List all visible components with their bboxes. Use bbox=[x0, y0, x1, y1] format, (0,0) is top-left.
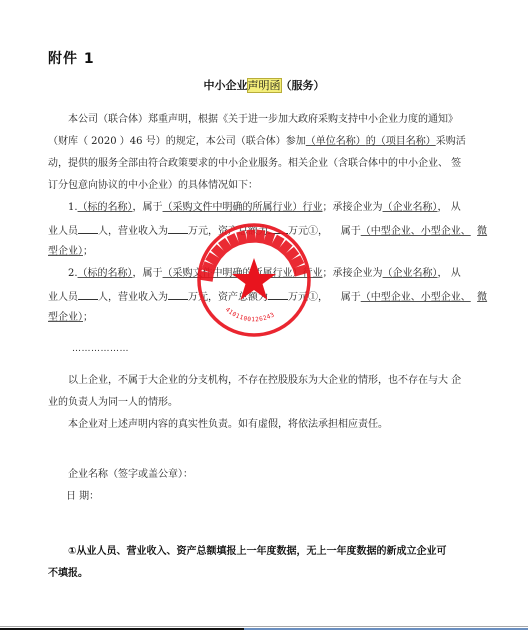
intro-line-2: （财库（ 2020 ）46 号）的规定，本公司（联合体）参加（单位名称）的（项目… bbox=[48, 135, 466, 149]
item-2-assets-blank bbox=[268, 289, 288, 300]
declaration-line-3: 本企业对上述声明内容的真实性负责。如有虚假，将依法承担相应责任。 bbox=[68, 418, 388, 432]
item-1-line-2: 业人员人，营业收入为万元，资产总额为万元①， 属于（中型企业、小型企业、 微 bbox=[48, 223, 487, 239]
item-2-type: （中型企业、小型企业、 bbox=[361, 292, 471, 303]
ellipsis: ……………… bbox=[72, 344, 129, 354]
item-2-company: （企业名称） bbox=[383, 268, 438, 279]
item-1-type: （中型企业、小型企业、 bbox=[361, 226, 471, 237]
item-1-line-3: 型企业）； bbox=[48, 245, 93, 259]
item-2-revenue-blank bbox=[168, 289, 188, 300]
item-2-industry: （采购文件中明确的所属行业）行业 bbox=[163, 268, 323, 279]
title-prefix: 中小企业 bbox=[204, 79, 248, 92]
date-label: 日 期： bbox=[66, 490, 99, 504]
title-highlight[interactable]: 声明函 bbox=[248, 79, 281, 92]
footnote-line-2: 不填报。 bbox=[48, 564, 88, 579]
item-1-revenue-blank bbox=[168, 223, 188, 234]
item-2-subject: （标的名称） bbox=[78, 268, 133, 279]
item-1-industry: （采购文件中明确的所属行业）行业 bbox=[163, 202, 323, 213]
item-2-line-1: 2.（标的名称），属于（采购文件中明确的所属行业）行业；承接企业为（企业名称），… bbox=[68, 267, 461, 281]
document-page: 附件 1 中小企业声明函（服务） 本公司（联合体）郑重声明，根据《关于进一步加大… bbox=[0, 0, 528, 622]
item-1-employees-blank bbox=[78, 223, 98, 234]
company-signature-label: 企业名称（签字或盖公章）： bbox=[68, 468, 193, 482]
item-1-company: （企业名称） bbox=[383, 202, 438, 213]
item-2-line-2: 业人员人，营业收入为万元，资产总额为万元①， 属于（中型企业、小型企业、 微 bbox=[48, 289, 487, 305]
intro-line-4: 订分包意向协议的中小企业）的具体情况如下： bbox=[48, 179, 258, 193]
page-divider bbox=[0, 626, 528, 627]
item-2-employees-blank bbox=[78, 289, 98, 300]
item-1-assets-blank bbox=[268, 223, 288, 234]
title-suffix: （服务） bbox=[281, 79, 325, 92]
svg-text:4101100126243: 4101100126243 bbox=[224, 306, 276, 323]
intro-line-1: 本公司（联合体）郑重声明，根据《关于进一步加大政府采购支持中小企业力度的通知》 bbox=[68, 113, 458, 127]
unit-name-field: （单位名称） bbox=[306, 136, 366, 147]
item-1-line-1: 1.（标的名称），属于（采购文件中明确的所属行业）行业；承接企业为（企业名称），… bbox=[68, 201, 461, 215]
attachment-label: 附件 1 bbox=[48, 48, 95, 68]
declaration-line-2: 业的负责人为同一人的情形。 bbox=[48, 396, 178, 410]
declaration-line-1: 以上企业，不属于大企业的分支机构，不存在控股股东为大企业的情形，也不存在与大 企 bbox=[68, 374, 461, 388]
document-title: 中小企业声明函（服务） bbox=[0, 77, 528, 93]
project-name-field: （项目名称） bbox=[376, 136, 436, 147]
footnote-line-1: ①从业人员、营业收入、资产总额填报上一年度数据，无上一年度数据的新成立企业可 bbox=[68, 542, 446, 557]
item-2-line-3: 型企业）； bbox=[48, 311, 93, 325]
intro-line-3: 动，提供的服务全部由符合政策要求的中小企业服务。相关企业（含联合体中的中小企业、… bbox=[48, 157, 461, 171]
item-1-subject: （标的名称） bbox=[78, 202, 133, 213]
